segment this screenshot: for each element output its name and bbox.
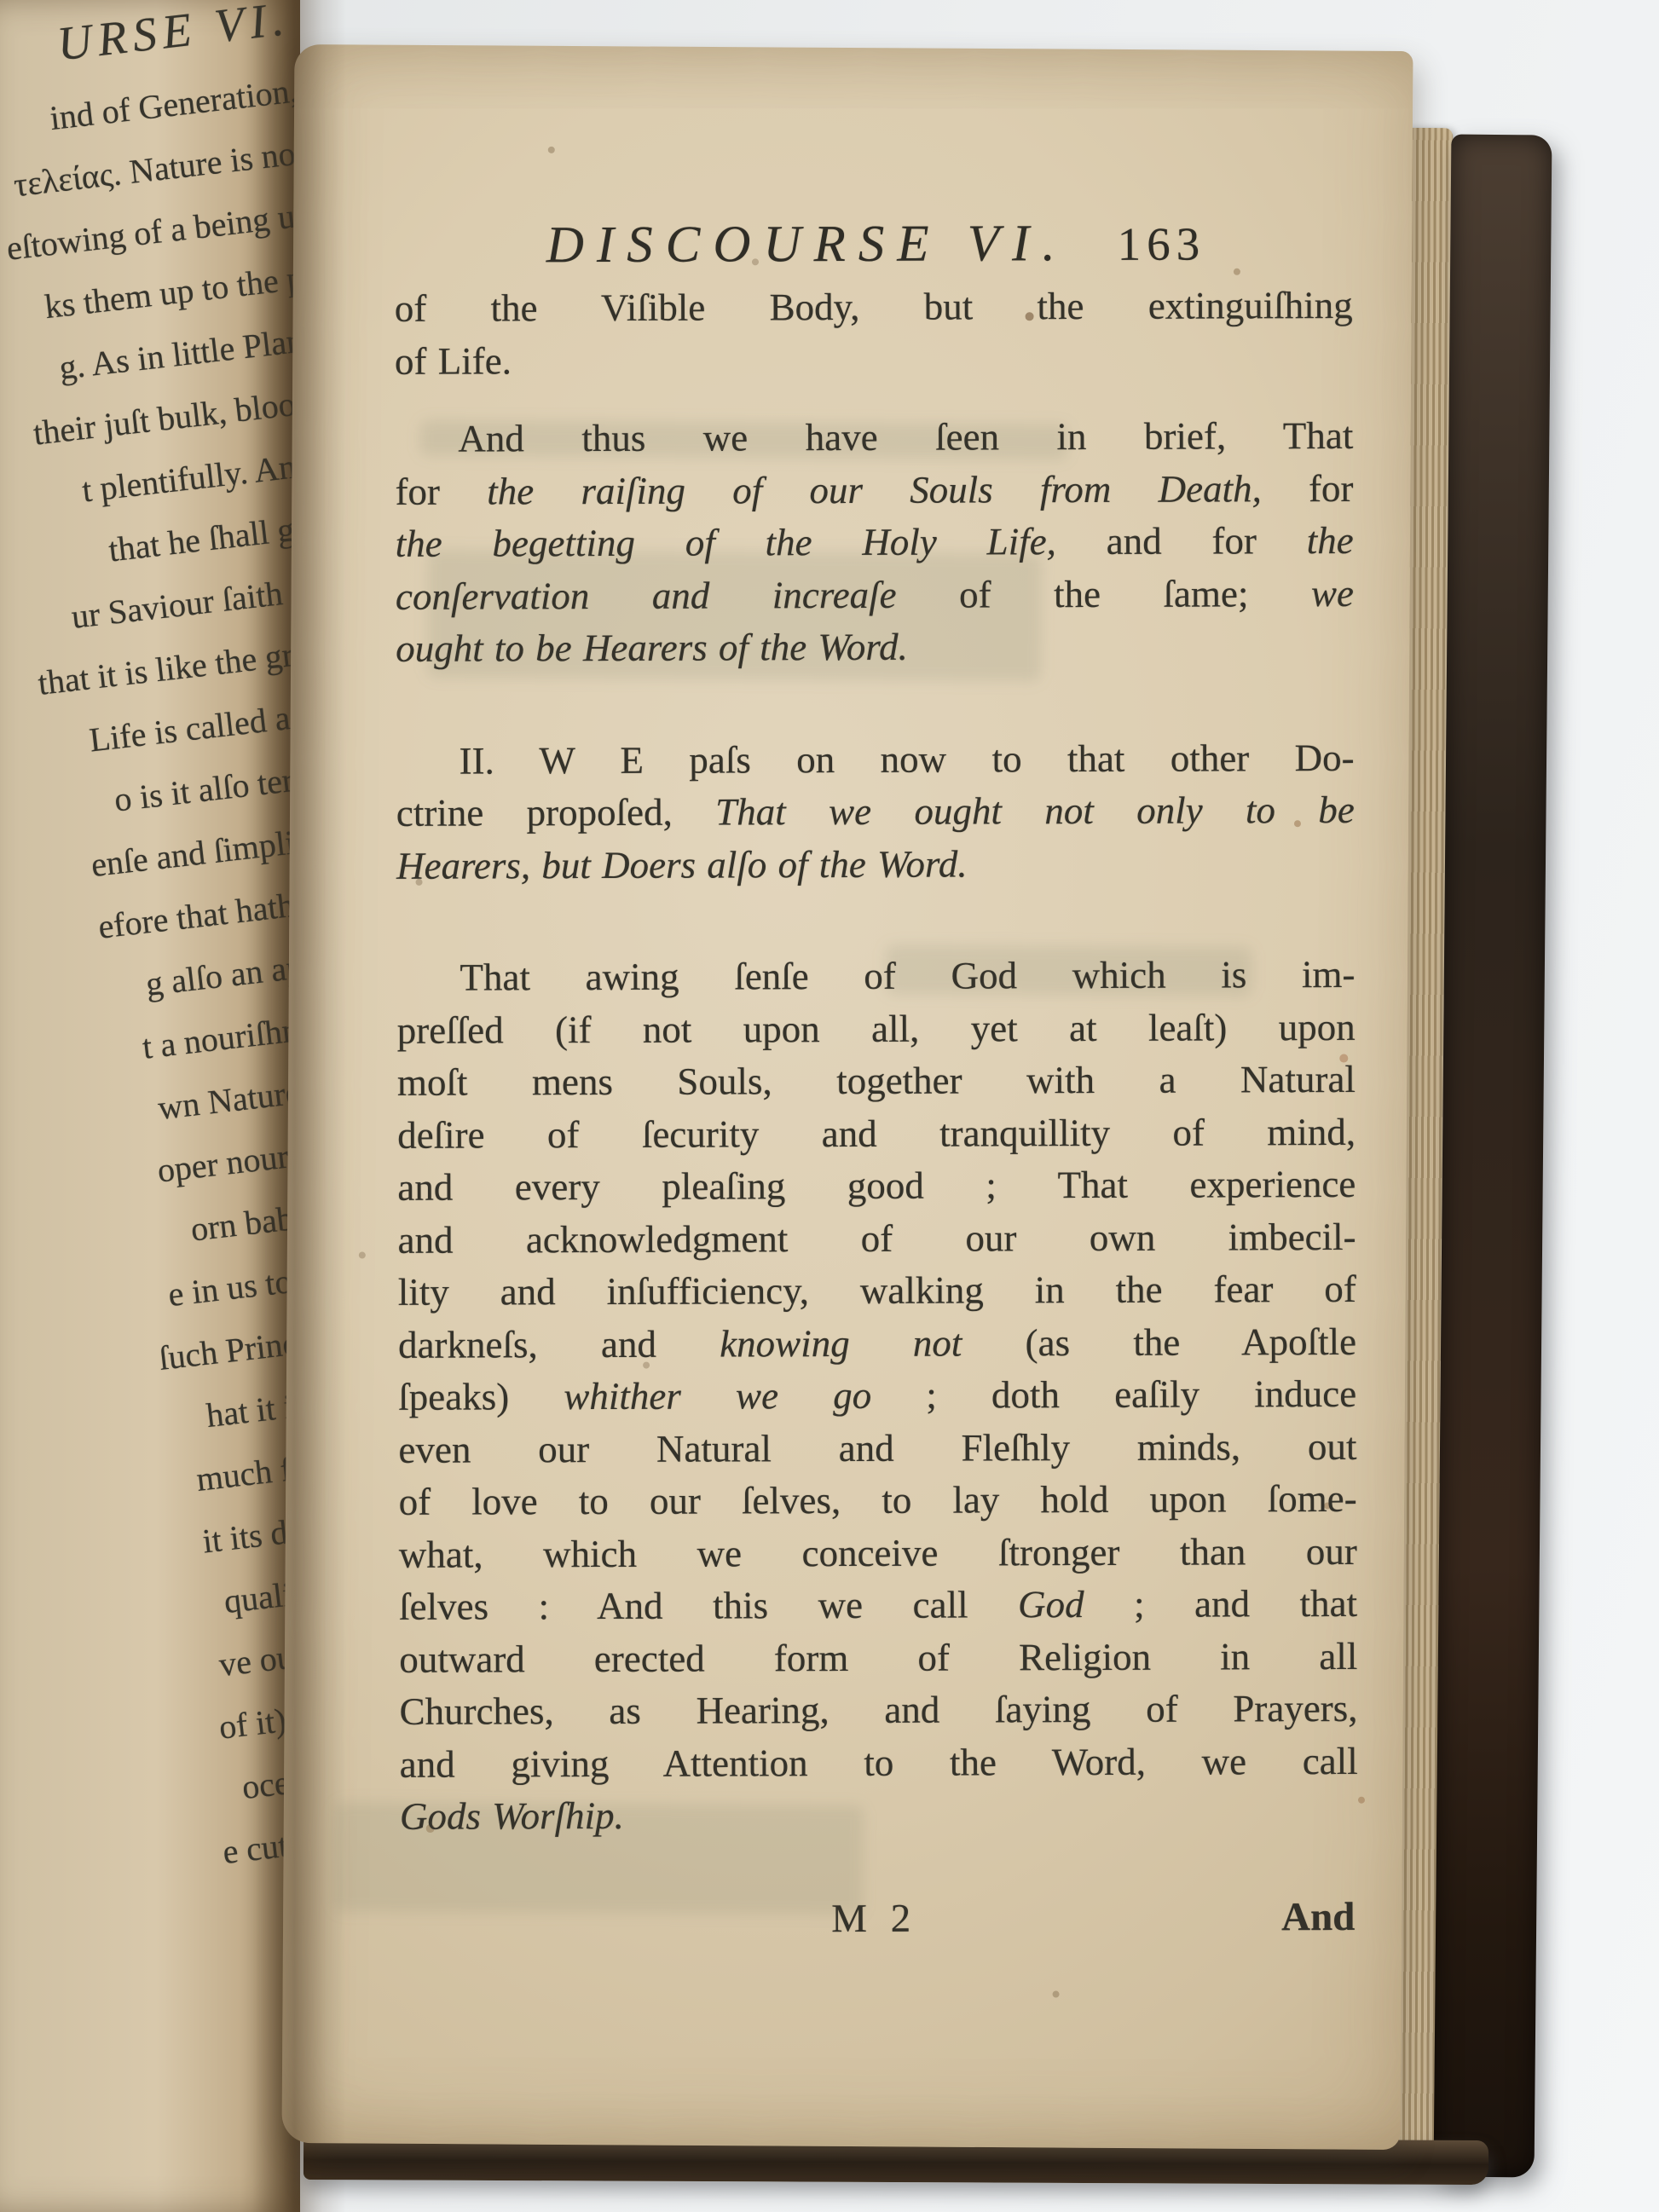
page-number: 163 [1118,217,1206,271]
text-line: what, which we conceive ſtronger than ou… [399,1525,1357,1580]
text-line: ſelves : And this we call God ; and that [399,1578,1357,1633]
text-line: That awing ſenſe of God which is im- [396,949,1355,1004]
text-line: Hearers, but Doers alſo of the Word. [396,836,1355,892]
text-line: Churches, as Hearing, and ſaying of Pray… [399,1683,1357,1738]
text-line: Gods Worſhip. [400,1788,1358,1843]
text-line: II. W E paſs on now to that other Do- [396,731,1355,787]
text-line: and acknowledgment of our own imbecil- [397,1210,1356,1266]
text-line: ctrine propoſed, That we ought not only … [396,784,1355,840]
book-board-edge [1434,135,1552,2178]
text-line: the begetting of the Holy Life, and for … [396,515,1354,570]
running-header-title: DISCOURSE VI. [546,214,1068,275]
text-block: of the Viſible Body, but the extinguiſhi… [395,280,1358,1843]
text-line: and every pleaſing good ; That experienc… [397,1158,1356,1214]
page-footer: M 2 And [400,1894,1358,1959]
catchword: And [1281,1894,1355,1940]
text-line: for the raiſing of our Souls from Death,… [395,462,1353,517]
running-header: DISCOURSE VI. 163 [397,213,1354,276]
text-line: conſervation and increaſe of the ſame; w… [396,567,1354,622]
text-line: darkneſs, and knowing not (as the Apoſtl… [398,1315,1356,1371]
text-line: ought to be Hearers of the Word. [396,620,1354,675]
text-line: of the Viſible Body, but the extinguiſhi… [395,280,1353,335]
text-line: And thus we have ſeen in brief, That [395,410,1353,465]
left-page-text: URSE VI.ind of Generation,τελείας. Natur… [0,0,300,1960]
text-line: outward erected form of Religion in all [399,1630,1357,1685]
signature-mark: M 2 [831,1896,917,1942]
text-line: and giving Attention to the Word, we cal… [400,1735,1358,1790]
photo-scene: URSE VI.ind of Generation,τελείας. Natur… [0,0,1659,2212]
text-line: of Life. [395,332,1353,387]
text-line: moſt mens Souls, together with a Natural [397,1054,1356,1109]
text-line: of love to our ſelves, to lay hold upon … [399,1473,1357,1528]
text-line: preſſed (if not upon all, yet at leaſt) … [397,1001,1356,1056]
text-line: even our Natural and Fleſhly minds, out [398,1420,1356,1476]
text-line: deſire of ſecurity and tranquillity of m… [397,1106,1356,1161]
text-line: ſpeaks) whither we go ; doth eaſily indu… [398,1368,1356,1424]
left-page: URSE VI.ind of Generation,τελείας. Natur… [0,0,300,2212]
right-page: DISCOURSE VI. 163 of the Viſible Body, b… [281,44,1413,2150]
text-line: lity and inſufficiency, walking in the f… [398,1263,1356,1319]
page-content: DISCOURSE VI. 163 of the Viſible Body, b… [285,46,1411,2149]
